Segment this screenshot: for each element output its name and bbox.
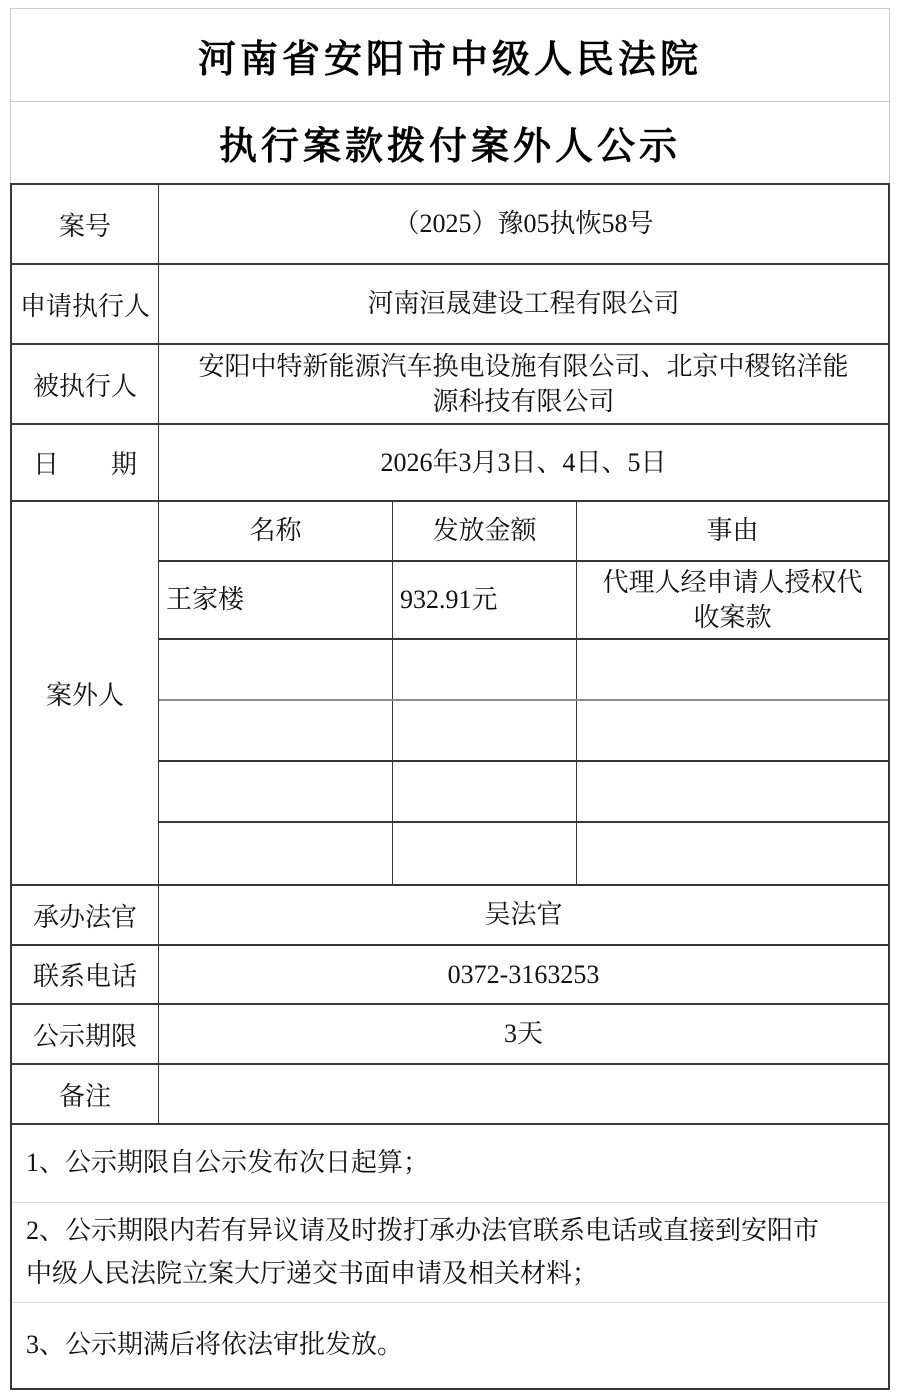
outsider-reason bbox=[577, 640, 888, 699]
outsider-amount bbox=[393, 701, 577, 760]
phone-value: 0372-3163253 bbox=[159, 946, 888, 1003]
case-number-value: （2025）豫05执恢58号 bbox=[159, 185, 888, 263]
outsider-empty-row bbox=[159, 823, 888, 884]
notice-title: 执行案款拨付案外人公示 bbox=[11, 101, 889, 183]
outsider-name bbox=[159, 701, 393, 760]
title-block: 河南省安阳市中级人民法院 执行案款拨付案外人公示 bbox=[10, 8, 890, 183]
row-publicity-period: 公示期限 3天 bbox=[12, 1005, 888, 1065]
row-judge: 承办法官 吴法官 bbox=[12, 886, 888, 946]
note-item: 2、公示期限内若有异议请及时拨打承办法官联系电话或直接到安阳市 中级人民法院立案… bbox=[12, 1203, 888, 1303]
date-value: 2026年3月3日、4日、5日 bbox=[159, 425, 888, 500]
row-outsiders: 案外人 名称 发放金额 事由 王家楼 932.91元 代理人经申请人授权代 收案… bbox=[12, 502, 888, 886]
court-notice-document: 河南省安阳市中级人民法院 执行案款拨付案外人公示 案号 （2025）豫05执恢5… bbox=[10, 8, 890, 1390]
notes-section: 1、公示期限自公示发布次日起算； 2、公示期限内若有异议请及时拨打承办法官联系电… bbox=[12, 1125, 888, 1388]
applicant-label: 申请执行人 bbox=[12, 265, 159, 343]
outsider-reason bbox=[577, 762, 888, 821]
outsiders-label: 案外人 bbox=[12, 502, 159, 884]
row-remarks: 备注 bbox=[12, 1065, 888, 1125]
outsider-reason: 代理人经申请人授权代 收案款 bbox=[577, 562, 888, 638]
judge-label: 承办法官 bbox=[12, 886, 159, 944]
outsider-reason bbox=[577, 823, 888, 884]
judge-value: 吴法官 bbox=[159, 886, 888, 944]
column-header-name: 名称 bbox=[159, 502, 393, 560]
note-item: 1、公示期限自公示发布次日起算； bbox=[12, 1125, 888, 1203]
outsider-amount: 932.91元 bbox=[393, 562, 577, 638]
row-phone: 联系电话 0372-3163253 bbox=[12, 946, 888, 1005]
outsider-amount bbox=[393, 640, 577, 699]
outsider-reason bbox=[577, 701, 888, 760]
respondent-label: 被执行人 bbox=[12, 345, 159, 423]
publicity-period-label: 公示期限 bbox=[12, 1005, 159, 1063]
row-date: 日 期 2026年3月3日、4日、5日 bbox=[12, 425, 888, 502]
outsider-amount bbox=[393, 762, 577, 821]
column-header-reason: 事由 bbox=[577, 502, 888, 560]
outsiders-header-row: 名称 发放金额 事由 bbox=[159, 502, 888, 562]
case-number-label: 案号 bbox=[12, 185, 159, 263]
court-name-title: 河南省安阳市中级人民法院 bbox=[11, 9, 889, 101]
notice-table: 案号 （2025）豫05执恢58号 申请执行人 河南洹晟建设工程有限公司 被执行… bbox=[10, 183, 890, 1390]
outsider-name bbox=[159, 823, 393, 884]
phone-label: 联系电话 bbox=[12, 946, 159, 1003]
row-applicant: 申请执行人 河南洹晟建设工程有限公司 bbox=[12, 265, 888, 345]
outsider-amount bbox=[393, 823, 577, 884]
outsider-name: 王家楼 bbox=[159, 562, 393, 638]
note-item: 3、公示期满后将依法审批发放。 bbox=[12, 1303, 888, 1388]
outsider-empty-row bbox=[159, 701, 888, 762]
row-case-number: 案号 （2025）豫05执恢58号 bbox=[12, 185, 888, 265]
outsider-data-row: 王家楼 932.91元 代理人经申请人授权代 收案款 bbox=[159, 562, 888, 640]
date-label: 日 期 bbox=[12, 425, 159, 500]
remarks-value bbox=[159, 1065, 888, 1123]
notes-list: 1、公示期限自公示发布次日起算； 2、公示期限内若有异议请及时拨打承办法官联系电… bbox=[12, 1125, 888, 1388]
outsider-empty-row bbox=[159, 640, 888, 701]
column-header-amount: 发放金额 bbox=[393, 502, 577, 560]
outsider-name bbox=[159, 762, 393, 821]
outsiders-table: 名称 发放金额 事由 王家楼 932.91元 代理人经申请人授权代 收案款 bbox=[159, 502, 888, 884]
publicity-period-value: 3天 bbox=[159, 1005, 888, 1063]
outsider-empty-row bbox=[159, 762, 888, 823]
applicant-value: 河南洹晟建设工程有限公司 bbox=[159, 265, 888, 343]
respondent-value: 安阳中特新能源汽车换电设施有限公司、北京中稷铭洋能 源科技有限公司 bbox=[159, 345, 888, 423]
remarks-label: 备注 bbox=[12, 1065, 159, 1123]
row-respondent: 被执行人 安阳中特新能源汽车换电设施有限公司、北京中稷铭洋能 源科技有限公司 bbox=[12, 345, 888, 425]
outsider-name bbox=[159, 640, 393, 699]
